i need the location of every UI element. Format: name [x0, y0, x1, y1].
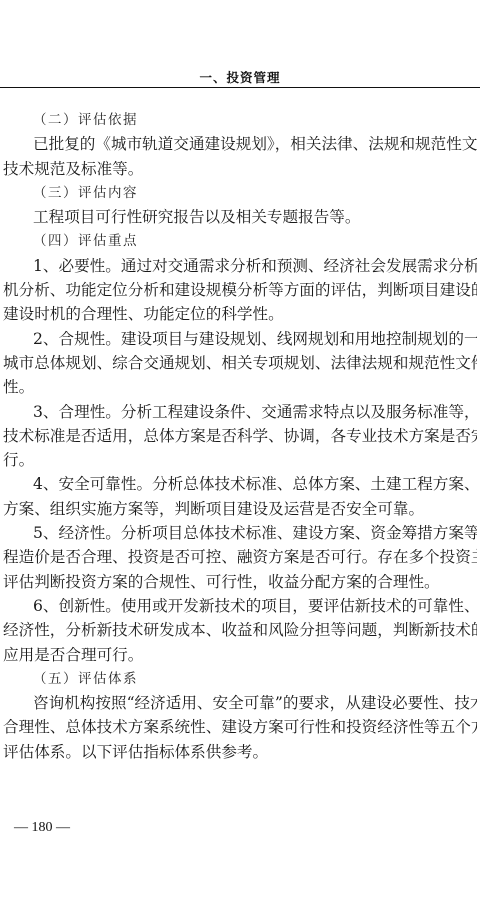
paragraph-line: 方案、组织实施方案等，判断项目建设及运营是否安全可靠。 [3, 497, 477, 521]
paragraph-line: 评估判断投资方案的合规性、可行性，收益分配方案的合理性。 [3, 570, 477, 594]
paragraph-line: 技术规范及标准等。 [3, 157, 477, 181]
paragraph-line: 咨询机构按照“经济适用、安全可靠”的要求，从建设必要性、技术标准 [3, 691, 477, 715]
subhead-content: （三）评估内容 [3, 181, 477, 205]
paragraph-line: 合理性、总体技术方案系统性、建设方案可行性和投资经济性等五个方面完善 [3, 715, 477, 739]
page-number: — 180 — [14, 820, 70, 836]
paragraph-line: 行。 [3, 448, 477, 472]
paragraph-line: 3、合理性。分析工程建设条件、交通需求特点以及服务标准等，评估总体 [3, 400, 477, 424]
paragraph-line: 城市总体规划、综合交通规划、相关专项规划、法律法规和规范性文件的符合 [3, 351, 477, 375]
paragraph-line: 4、安全可靠性。分析总体技术标准、总体方案、土建工程方案、设备系统 [3, 472, 477, 496]
body-text: （二）评估依据 已批复的《城市轨道交通建设规划》，相关法律、法规和规范性文件，相… [3, 108, 477, 764]
paragraph-line: 机分析、功能定位分析和建设规模分析等方面的评估，判断项目建设的紧迫性、 [3, 278, 477, 302]
paragraph-line: 5、经济性。分析项目总体技术标准、建设方案、资金筹措方案等，判断工 [3, 521, 477, 545]
paragraph-line: 评估体系。以下评估指标体系供参考。 [3, 740, 477, 764]
paragraph-line: 已批复的《城市轨道交通建设规划》，相关法律、法规和规范性文件，相关 [3, 132, 477, 156]
paragraph-line: 2、合规性。建设项目与建设规划、线网规划和用地控制规划的一致性，与 [3, 327, 477, 351]
subhead-system: （五）评估体系 [3, 667, 477, 691]
paragraph-line: 应用是否合理可行。 [3, 643, 477, 667]
paragraph-line: 6、创新性。使用或开发新技术的项目，要评估新技术的可靠性、安全性、 [3, 594, 477, 618]
paragraph-line: 1、必要性。通过对交通需求分析和预测、经济社会发展需求分析、建设时 [3, 254, 477, 278]
subhead-basis: （二）评估依据 [3, 108, 477, 132]
running-header: 一、投资管理 [0, 68, 480, 86]
header-rule [0, 87, 480, 88]
paragraph-line: 经济性，分析新技术研发成本、收益和风险分担等问题，判断新技术的开发和 [3, 618, 477, 642]
paragraph-line: 工程项目可行性研究报告以及相关专题报告等。 [3, 205, 477, 229]
paragraph-line: 性。 [3, 375, 477, 399]
paragraph-line: 建设时机的合理性、功能定位的科学性。 [3, 302, 477, 326]
paragraph-line: 技术标准是否适用，总体方案是否科学、协调，各专业技术方案是否完整、可 [3, 424, 477, 448]
paragraph-line: 程造价是否合理、投资是否可控、融资方案是否可行。存在多个投资主体时， [3, 545, 477, 569]
subhead-focus: （四）评估重点 [3, 229, 477, 253]
